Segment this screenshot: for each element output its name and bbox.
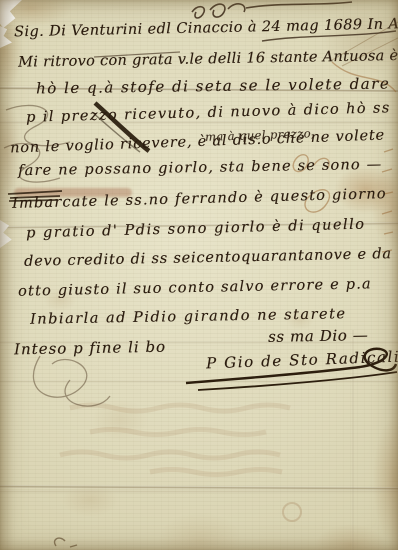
bleed-through-lines [60, 405, 290, 475]
line-body-4: non le voglio ricevere, è al dis.o che n… [10, 127, 385, 157]
line-body-7: p gratio d' Pdis sono giorlo è di quello [26, 217, 366, 243]
signature: P Gio de Sto Radicali [206, 349, 398, 373]
line-address-date: Sig. Di Venturini edl Cinaccio à 24 mag … [14, 16, 398, 42]
line-body-6: Imbarcate le ss.no ferrando è questo gio… [12, 186, 387, 213]
line-body-8: devo credito di ss seicentoquarantanove … [24, 246, 392, 271]
closing-right: ss ma Dio — [268, 327, 369, 346]
line-body-9: otto giusto il suo conto salvo errore e … [18, 276, 372, 300]
fold-crease [0, 380, 398, 383]
line-body-10: Inbiarla ad Pidio girando ne starete [30, 306, 347, 329]
closing-left: Inteso p fine li bo [14, 339, 166, 359]
bleed-through-ring [283, 503, 301, 521]
bottom-ink-speck [55, 538, 77, 547]
line-body-3: p il prezzo ricevuto, di nuovo à dico hò… [26, 100, 391, 127]
manuscript-scan: Sig. Di Venturini edl Cinaccio à 24 mag … [0, 0, 398, 550]
line-body-1: Mi ritrovo con grata v.le delli 16 stant… [18, 47, 398, 71]
torn-edge-notch [0, 220, 13, 248]
fold-crease [0, 490, 398, 493]
invocation-flourish [192, 2, 352, 18]
line-body-5: fare ne possano giorlo, sta bene se sono… [18, 157, 383, 180]
line-body-2: hò le q.à stofe di seta se le volete dar… [36, 76, 390, 98]
fold-crease [0, 485, 398, 490]
torn-edge-notch [0, 26, 12, 48]
